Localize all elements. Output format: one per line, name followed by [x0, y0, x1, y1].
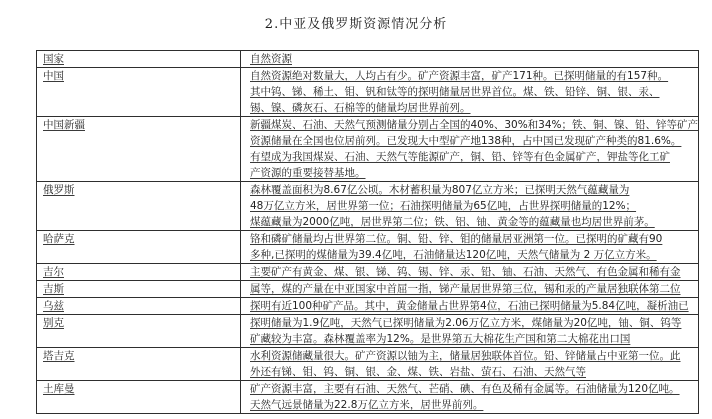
- page-title: 2.中亚及俄罗斯资源情况分析: [0, 13, 712, 32]
- resource-cell: 矿产资源丰富，主要有石油、天然气、芒硝、碘、有色及稀有金属等。石油储量为120亿…: [241, 381, 698, 413]
- country-name: 吉尔: [43, 266, 64, 278]
- resource-text-line: 锡、镍、磷灰石、石棉等的储量均居世界前列。: [250, 100, 696, 116]
- resource-text-line: 其中钨、锑、稀土、钼、钒和钛等的探明储量居世界首位。煤、铁、铅锌、铜、银、汞、: [250, 84, 696, 100]
- document-page: 2.中亚及俄罗斯资源情况分析 国家 自然资源 中国 自然资源绝对数量大，人均占有…: [0, 0, 712, 419]
- table-row-china: 中国 自然资源绝对数量大，人均占有少。矿产资源丰富，矿产171种。已探明储量的有…: [37, 68, 698, 117]
- resource-text-line: 外还有锑、钼、钨、铜、银、金、煤、铁、岩盐、萤石、石油、天然气等: [250, 364, 696, 380]
- resource-text-line: 多种,已探明的煤储量为39.4亿吨，石油储量达120亿吨，天然气储量为 2 万亿…: [250, 247, 696, 263]
- resources-table: 国家 自然资源 中国 自然资源绝对数量大，人均占有少。矿产资源丰富，矿产171种…: [36, 50, 699, 414]
- country-cell: 吉斯: [37, 281, 241, 297]
- resource-cell: 森林覆盖面积为8.67亿公顷。木材蓄积量为807亿立方米；已探明天然气蕴藏量为 …: [241, 182, 698, 230]
- country-name: 吉斯: [43, 283, 64, 295]
- country-cell: 吉尔: [37, 264, 241, 280]
- resource-text-line: 有望成为我国煤炭、石油、天然气等能源矿产，铜、铅、锌等有色金属矿产，钾盐等化工矿: [250, 149, 696, 165]
- resource-text-line: 天然气远景储量为22.8万亿立方米，居世界前列。: [250, 397, 696, 413]
- country-cell: 塔吉克: [37, 348, 241, 380]
- table-row-uzbek-2: 别克 探明储量为1.9亿吨，天然气已探明储量为2.06万亿立方米，煤储量为20亿…: [37, 315, 698, 348]
- resource-cell: 新疆煤炭、石油、天然气预测储量分别占全国的40%、30%和34%；铁、铜、镍、铅…: [241, 117, 698, 181]
- country-name: 哈萨克: [43, 233, 75, 245]
- resource-text-line: 自然资源绝对数量大，人均占有少。矿产资源丰富，矿产171种。已探明储量的有157…: [250, 68, 696, 84]
- resource-text-line: 资源储量在全国也位居前列。已发现大中型矿产地138种，占中国已发现矿产种类的81…: [250, 133, 696, 149]
- table-row-xinjiang: 中国新疆 新疆煤炭、石油、天然气预测储量分别占全国的40%、30%和34%；铁、…: [37, 117, 698, 182]
- country-name: 别克: [43, 317, 64, 329]
- resource-text-line: 煤蕴藏量为2000亿吨，居世界第二位；铁、铝、铀、黄金等的蕴藏量也均居世界前茅。: [250, 214, 696, 230]
- resource-text-line: 水利资源储藏量很大。矿产资源以铀为主，储量居独联体首位。铅、锌储量占中亚第一位。…: [250, 348, 696, 364]
- resource-cell: 铬和磷矿储量均占世界第二位。铜、铅、锌、钼的储量居亚洲第一位。已探明的矿藏有90…: [241, 231, 698, 263]
- resource-text-line: 探明有近100种矿产品。其中，黄金储量占世界第4位，石油已探明储量为5.84亿吨…: [250, 298, 696, 314]
- resource-cell: 属等，煤的产量在中亚国家中首屈一指，锑产量居世界第三位，锡和汞的产量居独联体第二…: [241, 281, 698, 297]
- country-cell: 俄罗斯: [37, 182, 241, 230]
- resource-text-line: 新疆煤炭、石油、天然气预测储量分别占全国的40%、30%和34%；铁、铜、镍、铅…: [250, 117, 696, 133]
- country-name: 土库曼: [43, 383, 75, 395]
- country-name: 乌兹: [43, 300, 64, 312]
- resource-cell: 探明有近100种矿产品。其中，黄金储量占世界第4位，石油已探明储量为5.84亿吨…: [241, 298, 698, 314]
- resource-text-line: 产资源的重要接替基地。: [250, 165, 696, 181]
- country-name: 塔吉克: [43, 350, 75, 362]
- resource-text-line: 探明储量为1.9亿吨，天然气已探明储量为2.06万亿立方米，煤储量为20亿吨，铀…: [250, 315, 696, 331]
- country-cell: 土库曼: [37, 381, 241, 413]
- table-row-turkmenistan: 土库曼 矿产资源丰富，主要有石油、天然气、芒硝、碘、有色及稀有金属等。石油储量为…: [37, 381, 698, 413]
- resource-text-line: 主要矿产有黄金、煤、银、锑、钨、锡、锌、汞、铅、铀、石油、天然气、有色金属和稀有…: [250, 264, 696, 280]
- table-row-kyrgyz-1: 吉尔 主要矿产有黄金、煤、银、锑、钨、锡、锌、汞、铅、铀、石油、天然气、有色金属…: [37, 264, 698, 281]
- resource-cell: 主要矿产有黄金、煤、银、锑、钨、锡、锌、汞、铅、铀、石油、天然气、有色金属和稀有…: [241, 264, 698, 280]
- country-cell: 别克: [37, 315, 241, 347]
- table-row-tajikistan: 塔吉克 水利资源储藏量很大。矿产资源以铀为主，储量居独联体首位。铅、锌储量占中亚…: [37, 348, 698, 381]
- header-resources-cell: 自然资源: [241, 51, 698, 67]
- country-cell: 中国新疆: [37, 117, 241, 181]
- header-country-cell: 国家: [37, 51, 241, 67]
- header-resources-label: 自然资源: [250, 53, 292, 65]
- country-name: 中国新疆: [43, 119, 85, 131]
- resource-text-line: 48万亿立方米，居世界第一位；石油探明储量为65亿吨，占世界探明储量的12%；: [250, 198, 696, 214]
- resource-cell: 自然资源绝对数量大，人均占有少。矿产资源丰富，矿产171种。已探明储量的有157…: [241, 68, 698, 116]
- resource-text-line: 属等，煤的产量在中亚国家中首屈一指，锑产量居世界第三位，锡和汞的产量居独联体第二…: [250, 281, 696, 297]
- table-row-kazakhstan: 哈萨克 铬和磷矿储量均占世界第二位。铜、铅、锌、钼的储量居亚洲第一位。已探明的矿…: [37, 231, 698, 264]
- country-cell: 哈萨克: [37, 231, 241, 263]
- table-row-uzbek-1: 乌兹 探明有近100种矿产品。其中，黄金储量占世界第4位，石油已探明储量为5.8…: [37, 298, 698, 315]
- resource-cell: 探明储量为1.9亿吨，天然气已探明储量为2.06万亿立方米，煤储量为20亿吨，铀…: [241, 315, 698, 347]
- country-cell: 中国: [37, 68, 241, 116]
- resource-cell: 水利资源储藏量很大。矿产资源以铀为主，储量居独联体首位。铅、锌储量占中亚第一位。…: [241, 348, 698, 380]
- country-cell: 乌兹: [37, 298, 241, 314]
- resource-text-line: 矿产资源丰富，主要有石油、天然气、芒硝、碘、有色及稀有金属等。石油储量为120亿…: [250, 381, 696, 397]
- table-row-kyrgyz-2: 吉斯 属等，煤的产量在中亚国家中首屈一指，锑产量居世界第三位，锡和汞的产量居独联…: [37, 281, 698, 298]
- resource-text-line: 铬和磷矿储量均占世界第二位。铜、铅、锌、钼的储量居亚洲第一位。已探明的矿藏有90: [250, 231, 696, 247]
- country-name: 俄罗斯: [43, 184, 75, 196]
- resource-text-line: 矿藏较为丰富。森林覆盖率为12%。是世界第五大棉花生产国和第二大棉花出口国: [250, 331, 696, 347]
- header-country-label: 国家: [43, 53, 64, 65]
- country-name: 中国: [43, 70, 64, 82]
- table-row-russia: 俄罗斯 森林覆盖面积为8.67亿公顷。木材蓄积量为807亿立方米；已探明天然气蕴…: [37, 182, 698, 231]
- table-header-row: 国家 自然资源: [37, 51, 698, 68]
- resource-text-line: 森林覆盖面积为8.67亿公顷。木材蓄积量为807亿立方米；已探明天然气蕴藏量为: [250, 182, 696, 198]
